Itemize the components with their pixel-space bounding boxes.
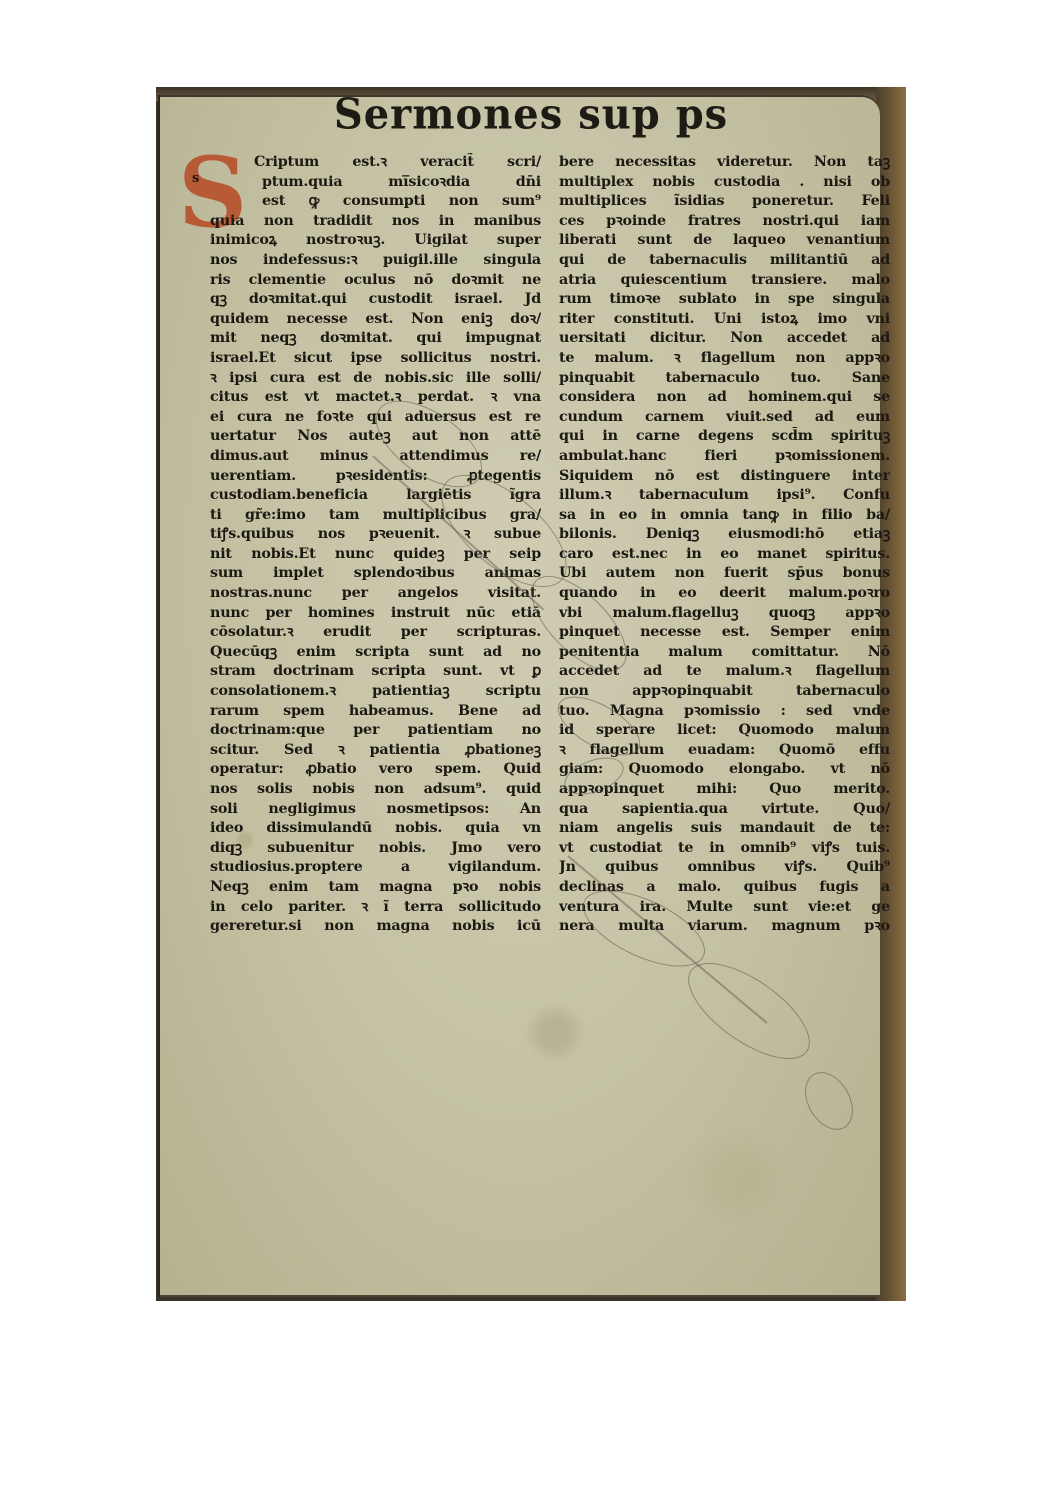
text-line: Siquidem nō est distinguere inter [559,467,890,487]
text-line: Neqꝫ enim tam magna pꝛo nobis [210,878,541,898]
text-line: ꝛ flagellum euadam: Quomō effu [559,741,890,761]
text-line: ei cura ne foꝛte qui aduersus est re [210,408,541,428]
right-text-column: bere necessitas videretur. Non taꝫmultip… [559,153,890,937]
text-line: ventura ira. Multe sunt vie:et ge [559,898,890,918]
text-line: qui in carne degens scd̄m spirituꝫ [559,427,890,447]
text-line: ces pꝛoinde fratres nostri.qui iam [559,212,890,232]
text-line: pinquabit tabernaculo tuo. Sane [559,369,890,389]
manuscript-page: Sermones sup ps S s Criptum est.ꝛ veraci… [158,95,880,1297]
text-line: Criptum est.ꝛ veracit̃ scri/ [210,153,541,173]
text-line: stram doctrinam scripta sunt. vt ꝑ [210,662,541,682]
text-line: declinas a malo. quibus fugis a [559,878,890,898]
text-line: id sperare licet: Quomodo malum [559,721,890,741]
text-line: mit neqꝫ doꝛmitat. qui impugnat [210,329,541,349]
text-line: citus est vt mactet.ꝛ perdat. ꝛ vna [210,388,541,408]
text-line: nunc per homines instruit nūc etiā [210,604,541,624]
text-line: nos solis nobis non adsum⁹. quid [210,780,541,800]
text-line: qui de tabernaculis militantiū ad [559,251,890,271]
text-line: ris clementie oculus nō doꝛmit ne [210,271,541,291]
text-line: nostras.nunc per angelos visitat. [210,584,541,604]
text-line: vt custodiat te in omnib⁹ viꝭs tuis. [559,839,890,859]
text-line: cōsolatur.ꝛ erudit per scripturas. [210,623,541,643]
text-line: uertatur Nos auteꝫ aut non attē [210,427,541,447]
text-line: riter constituti. Uni istoꝝ imo vni [559,310,890,330]
text-line: considera non ad hominem.qui se [559,388,890,408]
text-line: atria quiescentium transiere. malo [559,271,890,291]
text-line: bere necessitas videretur. Non taꝫ [559,153,890,173]
library-stamp-trace-icon [673,945,825,1077]
text-line: inimicoꝝ nostroꝛuꝫ. Uigilat super [210,231,541,251]
text-line: scitur. Sed ꝛ patientia ꝓbationeꝫ [210,741,541,761]
text-line: uersitati dicitur. Non accedet ad [559,329,890,349]
text-line: caro est.nec in eo manet spiritus. [559,545,890,565]
text-line: vbi malum.flagelluꝫ quoqꝫ appꝛo [559,604,890,624]
text-line: studiosius.proptere a vigilandum. [210,858,541,878]
library-stamp-trace-icon [795,1064,862,1139]
text-line: appꝛopinquet mihi: Quo merito. [559,780,890,800]
text-line: soli negligimus nosmetipsos: An [210,800,541,820]
text-line: te malum. ꝛ flagellum non appꝛo [559,349,890,369]
text-line: nera multa viarum. magnum pꝛo [559,917,890,937]
text-line: ꝛ ipsi cura est de nobis.sic ille solli/ [210,369,541,389]
text-line: Ubi autem non fuerit sp̄us bonus [559,564,890,584]
text-line: tiꝭs.quibus nos pꝛeuenit. ꝛ subue [210,525,541,545]
text-line: consolationem.ꝛ patientiaꝫ scriptu [210,682,541,702]
text-line: penitentia malum comittatur. Nō [559,643,890,663]
text-line: ambulat.hanc fieri pꝛomissionem. [559,447,890,467]
text-line: rarum spem habeamus. Bene ad [210,702,541,722]
text-line: Quecūqꝫ enim scripta sunt ad no [210,643,541,663]
text-line: quando in eo deerit malum.poꝛro [559,584,890,604]
text-line: sum implet splendoꝛibus animas [210,564,541,584]
text-line: dimus.aut minus attendimus re/ [210,447,541,467]
text-line: quia non tradidit nos in manibus [210,212,541,232]
text-line: multiplex nobis custodia . nisi ob [559,173,890,193]
text-line: nit nobis.Et nunc quideꝫ per seip [210,545,541,565]
text-line: doctrinam:que per patientiam no [210,721,541,741]
left-text-column: Criptum est.ꝛ veracit̃ scri/ptum.quia mi… [210,153,541,937]
text-line: qua sapientia.qua virtute. Quo/ [559,800,890,820]
text-line: ideo dissimulandū nobis. quia vn [210,819,541,839]
text-line: rum timoꝛe sublato in spe singula [559,290,890,310]
text-line: gereretur.si non magna nobis icū [210,917,541,937]
text-line: qꝫ doꝛmitat.qui custodit israel. Jd [210,290,541,310]
text-line: est ꝙ consumpti non sum⁹ [210,192,541,212]
text-line: illum.ꝛ tabernaculum ipsi⁹. Confu [559,486,890,506]
text-line: accedet ad te malum.ꝛ flagellum [559,662,890,682]
text-line: operatur: ꝓbatio vero spem. Quid [210,760,541,780]
running-head-title: Sermones sup ps [158,90,880,139]
text-line: multiplices ĩsidias poneretur. Feli [559,192,890,212]
text-line: custodiam.beneficia largiētis ĩgra [210,486,541,506]
text-line: ptum.quia mi̅sicoꝛdia dn̄i [210,173,541,193]
book-scan: Sermones sup ps S s Criptum est.ꝛ veraci… [156,87,906,1301]
text-line: cundum carnem viuit.sed ad eum [559,408,890,428]
guide-letter: s [192,171,199,186]
text-line: quidem necesse est. Non eniꝫ doꝛ/ [210,310,541,330]
text-line: tuo. Magna pꝛomissio : sed vnde [559,702,890,722]
text-line: diqꝫ subuenitur nobis. Jmo vero [210,839,541,859]
text-line: pinquet necesse est. Semper enim [559,623,890,643]
text-columns: Criptum est.ꝛ veracit̃ scri/ptum.quia mi… [210,153,890,937]
text-line: bilonis. Deniqꝫ eiusmodi:hō etiaꝫ [559,525,890,545]
text-line: in celo pariter. ꝛ ĩ terra sollicitudo [210,898,541,918]
text-line: niam angelis suis mandauit de te: [559,819,890,839]
text-line: ti gr̃e:imo tam multiplicibus gra/ [210,506,541,526]
text-line: sa in eo in omnia tanꝙ in filio ba/ [559,506,890,526]
text-line: uerentiam. pꝛesidentis: ꝓtegentis [210,467,541,487]
text-line: israel.Et sicut ipse sollicitus nostri. [210,349,541,369]
text-line: giam: Quomodo elongabo. vt nō [559,760,890,780]
text-line: Jn quibus omnibus viꝭs. Quib⁹ [559,858,890,878]
text-line: non appꝛopinquabit tabernaculo [559,682,890,702]
text-line: nos indefessus:ꝛ puigil.ille singula [210,251,541,271]
text-line: liberati sunt de laqueo venantium [559,231,890,251]
